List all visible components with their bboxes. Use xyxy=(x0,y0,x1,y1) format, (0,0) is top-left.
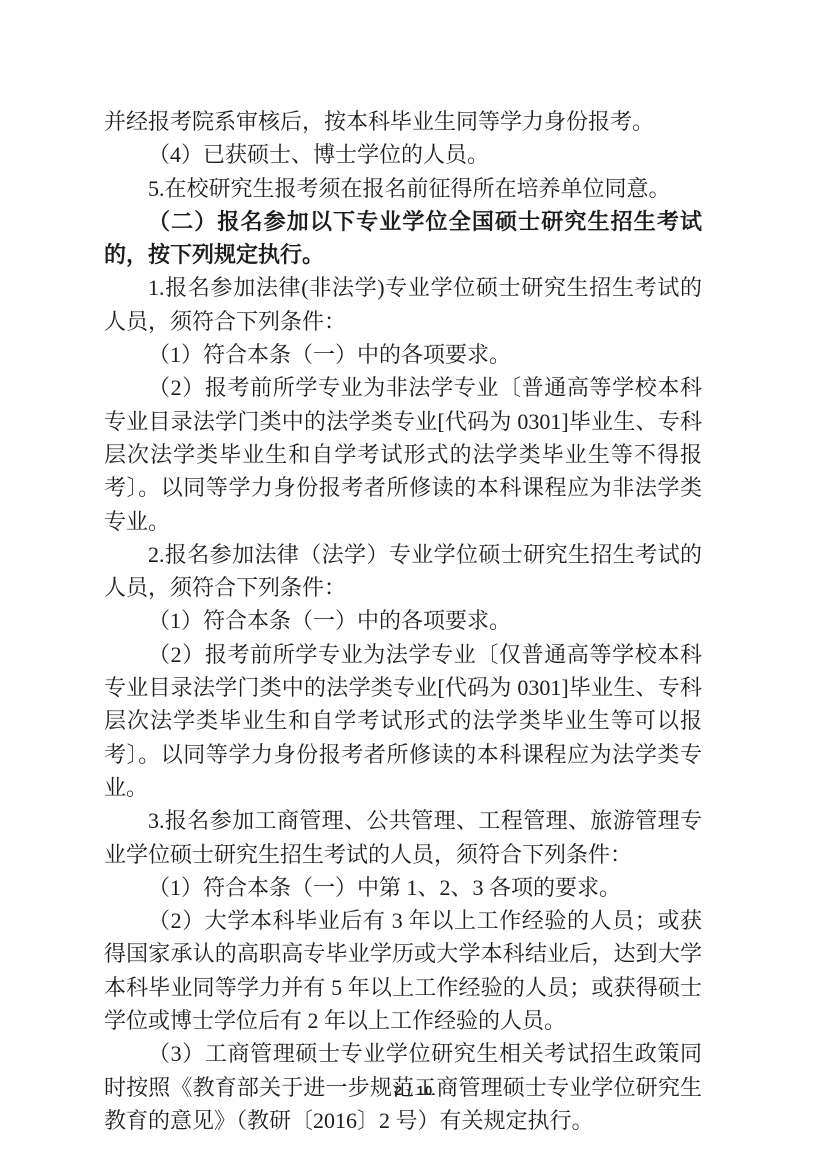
paragraph-rule-2-condition-2: （2）报考前所学专业为法学专业〔仅普通高等学校本科专业目录法学门类中的法学类专业… xyxy=(104,638,702,804)
paragraph-rule-3-condition-2: （2）大学本科毕业后有 3 年以上工作经验的人员；或获得国家承认的高职高专毕业学… xyxy=(104,904,702,1037)
paragraph-rule-1: 1.报名参加法律(非法学)专业学位硕士研究生招生考试的人员，须符合下列条件： xyxy=(104,271,702,338)
paragraph-rule-3: 3.报名参加工商管理、公共管理、工程管理、旅游管理专业学位硕士研究生招生考试的人… xyxy=(104,804,702,871)
paragraph-rule-1-condition-2: （2）报考前所学专业为非法学专业〔普通高等学校本科专业目录法学门类中的法学类专业… xyxy=(104,371,702,537)
paragraph-rule-2: 2.报名参加法律（法学）专业学位硕士研究生招生考试的人员，须符合下列条件： xyxy=(104,538,702,605)
paragraph-item-4: （4）已获硕士、博士学位的人员。 xyxy=(104,138,702,171)
page-number: 2 / 10 xyxy=(0,1083,828,1098)
paragraph-rule-1-condition-1: （1）符合本条（一）中的各项要求。 xyxy=(104,338,702,371)
document-page: 并经报考院系审核后，按本科毕业生同等学力身份报考。 （4）已获硕士、博士学位的人… xyxy=(0,0,828,1170)
document-body: 并经报考院系审核后，按本科毕业生同等学力身份报考。 （4）已获硕士、博士学位的人… xyxy=(104,105,702,1137)
paragraph-item-5: 5.在校研究生报考须在报名前征得所在培养单位同意。 xyxy=(104,172,702,205)
paragraph-rule-2-condition-1: （1）符合本条（一）中的各项要求。 xyxy=(104,604,702,637)
section-heading-2: （二）报名参加以下专业学位全国硕士研究生招生考试的，按下列规定执行。 xyxy=(104,205,702,272)
paragraph-continuation: 并经报考院系审核后，按本科毕业生同等学力身份报考。 xyxy=(104,105,702,138)
paragraph-rule-3-condition-1: （1）符合本条（一）中第 1、2、3 各项的要求。 xyxy=(104,871,702,904)
